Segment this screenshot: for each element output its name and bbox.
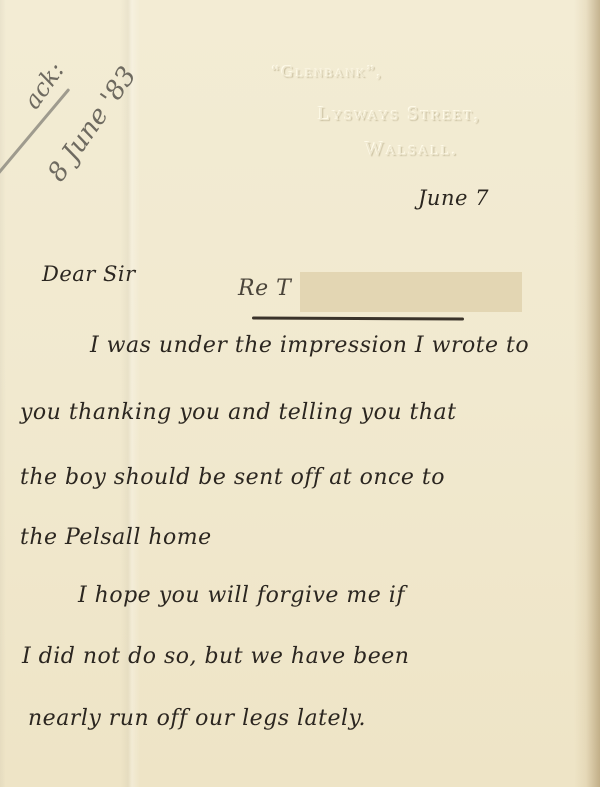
letter-date: June 7	[418, 186, 489, 210]
body-line-5: I hope you will forgive me if	[78, 583, 405, 608]
body-line-6: I did not do so, but we have been	[22, 644, 409, 669]
letterhead-house-name: “Glenbank”,	[272, 62, 383, 82]
reference-prefix: Re T	[238, 276, 291, 301]
letterhead-street: Lysways Street,	[318, 103, 481, 126]
body-line-7: nearly run off our legs lately.	[28, 706, 366, 731]
body-line-4: the Pelsall home	[20, 525, 212, 550]
redacted-name	[300, 272, 522, 312]
reference-underline	[252, 316, 464, 320]
letter-page: ack: 8 June '83 “Glenbank”, Lysways Stre…	[0, 0, 600, 787]
body-line-3: the boy should be sent off at once to	[20, 465, 445, 490]
salutation: Dear Sir	[42, 262, 136, 286]
body-line-2: you thanking you and telling you that	[20, 400, 456, 425]
letterhead-town: Walsall.	[365, 138, 459, 161]
ack-annotation: ack:	[18, 57, 70, 114]
body-line-1: I was under the impression I wrote to	[90, 333, 529, 358]
